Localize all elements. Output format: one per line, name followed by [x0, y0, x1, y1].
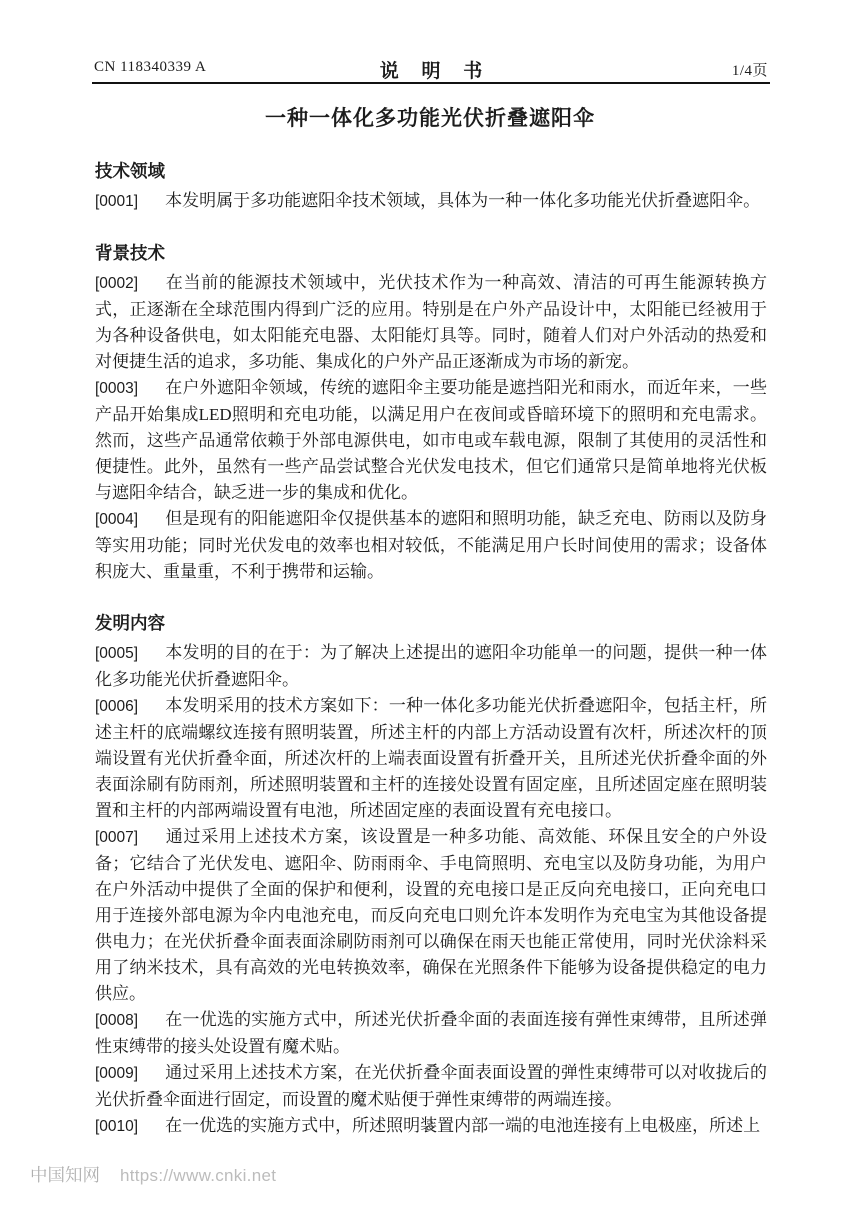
paragraph-0002: [0002]在当前的能源技术领域中，光伏技术作为一种高效、清洁的可再生能源转换方… [95, 270, 767, 375]
cnki-site-name: 中国知网 [30, 1165, 100, 1185]
paragraph-0005: [0005]本发明的目的在于：为了解决上述提出的遮阳伞功能单一的问题，提供一种一… [95, 640, 767, 693]
paragraph-number: [0003] [95, 380, 138, 397]
section-heading: 技术领域 [95, 158, 767, 184]
paragraph-text: 在户外遮阳伞领域，传统的遮阳伞主要功能是遮挡阳光和雨水，而近年来，一些产品开始集… [95, 378, 767, 502]
paragraph-text: 本发明属于多功能遮阳伞技术领域，具体为一种一体化多功能光伏折叠遮阳伞。 [165, 191, 760, 210]
cnki-site-url: https://www.cnki.net [120, 1166, 276, 1185]
publication-number: CN 118340339 A [94, 59, 206, 76]
paragraph-number: [0009] [95, 1065, 138, 1082]
invention-title: 一种一体化多功能光伏折叠遮阳伞 [0, 102, 860, 132]
paragraph-text: 但是现有的阳能遮阳伞仅提供基本的遮阳和照明功能，缺乏充电、防雨以及防身等实用功能… [95, 509, 767, 581]
paragraph-text: 在当前的能源技术领域中，光伏技术作为一种高效、清洁的可再生能源转换方式，正逐渐在… [95, 273, 767, 371]
section-background-art: 背景技术 [0002]在当前的能源技术领域中，光伏技术作为一种高效、清洁的可再生… [95, 240, 767, 585]
paragraph-0004: [0004]但是现有的阳能遮阳伞仅提供基本的遮阳和照明功能，缺乏充电、防雨以及防… [95, 506, 767, 585]
paragraph-0007: [0007]通过采用上述技术方案，该设置是一种多功能、高效能、环保且安全的户外设… [95, 824, 767, 1007]
page-header: CN 118340339 A 说明书 1/4页 [94, 56, 768, 80]
paragraph-number: [0007] [95, 829, 138, 846]
paragraph-0006: [0006]本发明采用的技术方案如下：一种一体化多功能光伏折叠遮阳伞，包括主杆，… [95, 693, 767, 824]
paragraph-0008: [0008]在一优选的实施方式中，所述光伏折叠伞面的表面连接有弹性束缚带，且所述… [95, 1007, 767, 1060]
paragraph-text: 本发明采用的技术方案如下：一种一体化多功能光伏折叠遮阳伞，包括主杆，所述主杆的底… [95, 696, 767, 820]
document-body: 技术领域 [0001]本发明属于多功能遮阳伞技术领域，具体为一种一体化多功能光伏… [95, 158, 767, 1140]
page-indicator: 1/4页 [732, 59, 768, 80]
paragraph-text: 在一优选的实施方式中，所述光伏折叠伞面的表面连接有弹性束缚带，且所述弹性束缚带的… [95, 1010, 767, 1056]
patent-document-page: CN 118340339 A 说明书 1/4页 一种一体化多功能光伏折叠遮阳伞 … [0, 0, 860, 1217]
paragraph-text: 本发明的目的在于：为了解决上述提出的遮阳伞功能单一的问题，提供一种一体化多功能光… [95, 643, 767, 689]
cnki-watermark: 中国知网https://www.cnki.net [30, 1162, 276, 1187]
paragraph-number: [0005] [95, 645, 138, 662]
paragraph-number: [0008] [95, 1012, 138, 1029]
paragraph-text: 通过采用上述技术方案，在光伏折叠伞面表面设置的弹性束缚带可以对收拢后的光伏折叠伞… [95, 1063, 767, 1109]
paragraph-number: [0002] [95, 275, 138, 292]
paragraph-0003: [0003]在户外遮阳伞领域，传统的遮阳伞主要功能是遮挡阳光和雨水，而近年来，一… [95, 375, 767, 506]
paragraph-number: [0001] [95, 193, 138, 210]
page-number: 3 [0, 1118, 860, 1135]
section-summary-of-invention: 发明内容 [0005]本发明的目的在于：为了解决上述提出的遮阳伞功能单一的问题，… [95, 610, 767, 1140]
paragraph-text: 通过采用上述技术方案，该设置是一种多功能、高效能、环保且安全的户外设备；它结合了… [95, 827, 767, 1003]
header-divider [92, 82, 770, 84]
paragraph-0001: [0001]本发明属于多功能遮阳伞技术领域，具体为一种一体化多功能光伏折叠遮阳伞… [95, 188, 767, 215]
document-type-title: 说明书 [357, 56, 505, 83]
paragraph-number: [0004] [95, 511, 138, 528]
section-heading: 背景技术 [95, 240, 767, 266]
section-technical-field: 技术领域 [0001]本发明属于多功能遮阳伞技术领域，具体为一种一体化多功能光伏… [95, 158, 767, 215]
paragraph-number: [0006] [95, 698, 138, 715]
paragraph-0009: [0009]通过采用上述技术方案，在光伏折叠伞面表面设置的弹性束缚带可以对收拢后… [95, 1060, 767, 1113]
section-heading: 发明内容 [95, 610, 767, 636]
